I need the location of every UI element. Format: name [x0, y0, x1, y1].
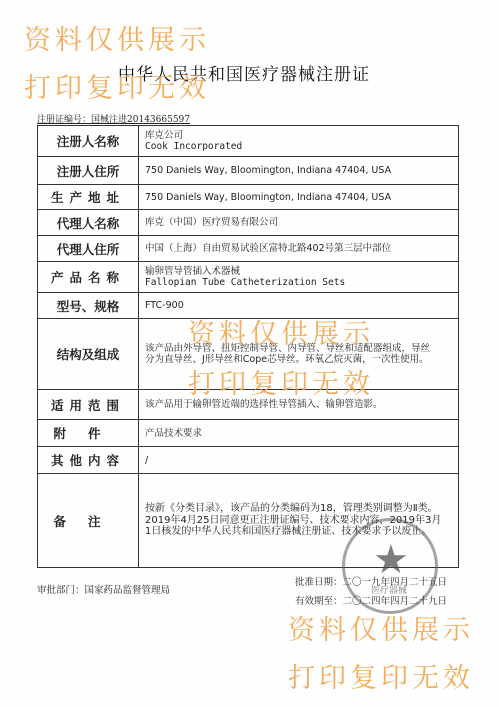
approval-date: 批准日期：二〇一九年四月二十五日	[295, 574, 447, 588]
watermark-copy-invalid: 打印复印无效	[288, 656, 474, 695]
valid-until-value: 二〇二四年四月二十九日	[343, 596, 448, 607]
approving-department: 审批部门：国家药品监督管理局	[37, 582, 170, 596]
watermark-copy-invalid: 打印复印无效	[24, 66, 210, 105]
watermark-display-only: 资料仅供展示	[188, 312, 374, 351]
row-label: 附件	[38, 420, 139, 447]
table-row: 代理人名称 库克（中国）医疗贸易有限公司	[38, 210, 459, 236]
row-label: 生产地址	[38, 185, 139, 210]
registration-number-value: 国械注进20143665597	[91, 115, 190, 125]
row-label: 代理人名称	[38, 210, 139, 236]
remarks-paragraph-1: 按新《分类目录》，该产品的分类编码为18，管理类别调整为Ⅱ类。	[145, 503, 442, 515]
agent-name: 库克（中国）医疗贸易有限公司	[139, 210, 459, 236]
table-row: 注册人住所 750 Daniels Way, Bloomington, Indi…	[38, 157, 459, 185]
dept-label: 审批部门：	[37, 585, 85, 596]
row-label: 注册人名称	[38, 126, 139, 157]
watermark-display-only: 资料仅供展示	[288, 608, 474, 647]
product-name-en: Fallopian Tube Catheterization Sets	[145, 277, 458, 288]
table-row: 附件 产品技术要求	[38, 420, 459, 447]
registrant-address: 750 Daniels Way, Bloomington, Indiana 47…	[139, 157, 459, 185]
registration-number-label: 注册证编号：	[37, 115, 91, 125]
other-content: /	[139, 447, 459, 474]
watermark-display-only: 资料仅供展示	[24, 18, 210, 57]
approval-date-label: 批准日期：	[295, 577, 343, 588]
table-row: 注册人名称 库克公司 Cook Incorporated	[38, 126, 459, 157]
table-row: 代理人住所 中国（上海）自由贸易试验区富特北路402号第三层中部位	[38, 236, 459, 262]
row-label: 结构及组成	[38, 319, 139, 390]
dept-value: 国家药品监督管理局	[85, 585, 171, 596]
table-row: 生产地址 750 Daniels Way, Bloomington, India…	[38, 185, 459, 210]
valid-until-label: 有效期至：	[295, 596, 343, 607]
row-label: 备注	[38, 474, 139, 568]
table-row: 产品名称 输卵管导管插入术器械 Fallopian Tube Catheteri…	[38, 262, 459, 293]
registration-number: 注册证编号：国械注进20143665597	[37, 112, 190, 125]
attachment: 产品技术要求	[139, 420, 459, 447]
registrant-name-cn: 库克公司	[145, 130, 458, 141]
row-label: 注册人住所	[38, 157, 139, 185]
table-row: 其他内容 /	[38, 447, 459, 474]
row-label: 适用范围	[38, 390, 139, 420]
row-label: 代理人住所	[38, 236, 139, 262]
production-address: 750 Daniels Way, Bloomington, Indiana 47…	[139, 185, 459, 210]
row-label: 型号、规格	[38, 293, 139, 319]
product-name-cn: 输卵管导管插入术器械	[145, 266, 458, 277]
registrant-name-en: Cook Incorporated	[145, 141, 458, 152]
watermark-copy-invalid: 打印复印无效	[188, 362, 374, 401]
row-label: 其他内容	[38, 447, 139, 474]
approval-date-value: 二〇一九年四月二十五日	[343, 577, 448, 588]
row-label: 产品名称	[38, 262, 139, 293]
valid-until: 有效期至：二〇二四年四月二十九日	[295, 593, 447, 607]
agent-address: 中国（上海）自由贸易试验区富特北路402号第三层中部位	[139, 236, 459, 262]
